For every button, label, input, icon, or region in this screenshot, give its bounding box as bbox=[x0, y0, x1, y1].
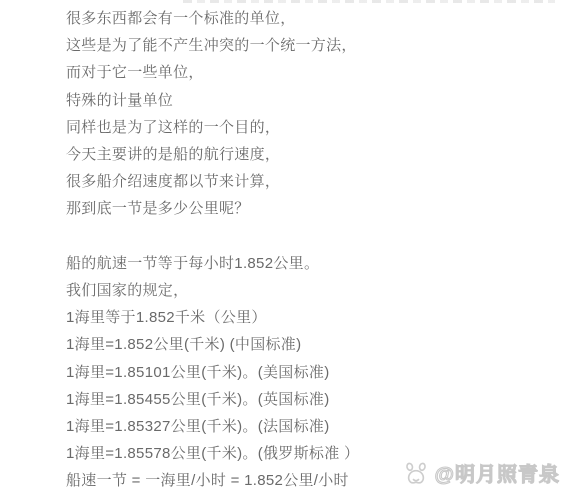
text-line: 1海里=1.85455公里(千米)。(英国标准) bbox=[66, 385, 564, 412]
watermark: @明月照青泉 bbox=[403, 458, 560, 487]
text-line: 很多东西都会有一个标准的单位， bbox=[66, 4, 564, 31]
text-line: 很多船介绍速度都以节来计算， bbox=[66, 167, 564, 194]
text-line: 1海里等于1.852千米（公里） bbox=[66, 303, 564, 330]
text-line: 特殊的计量单位 bbox=[66, 86, 564, 113]
article-screenshot: 很多东西都会有一个标准的单位， 这些是为了能不产生冲突的一个统一方法， 而对于它… bbox=[0, 0, 572, 500]
text-line: 我们国家的规定， bbox=[66, 276, 564, 303]
watermark-text: @明月照青泉 bbox=[434, 458, 560, 487]
text-line: 船的航速一节等于每小时1.852公里。 bbox=[66, 249, 564, 276]
text-line: 1海里=1.85101公里(千米)。(美国标准) bbox=[66, 357, 564, 384]
text-line: 1海里=1.85327公里(千米)。(法国标准) bbox=[66, 412, 564, 439]
text-line: 那到底一节是多少公里呢？ bbox=[66, 194, 564, 221]
text-line: 1海里=1.852公里(千米) (中国标准) bbox=[66, 330, 564, 357]
text-line: 今天主要讲的是船的航行速度， bbox=[66, 140, 564, 167]
paragraph-standards: 船的航速一节等于每小时1.852公里。 我们国家的规定， 1海里等于1.852千… bbox=[66, 249, 564, 494]
cropped-text-remnant bbox=[183, 0, 555, 3]
text-line: 而对于它一些单位， bbox=[66, 58, 564, 85]
paragraph-gap bbox=[66, 222, 564, 249]
text-line: 同样也是为了这样的一个目的， bbox=[66, 113, 564, 140]
paragraph-intro: 很多东西都会有一个标准的单位， 这些是为了能不产生冲突的一个统一方法， 而对于它… bbox=[66, 4, 564, 222]
baidu-paw-icon bbox=[403, 460, 429, 486]
text-line: 这些是为了能不产生冲突的一个统一方法， bbox=[66, 31, 564, 58]
article-body: 很多东西都会有一个标准的单位， 这些是为了能不产生冲突的一个统一方法， 而对于它… bbox=[66, 4, 564, 493]
